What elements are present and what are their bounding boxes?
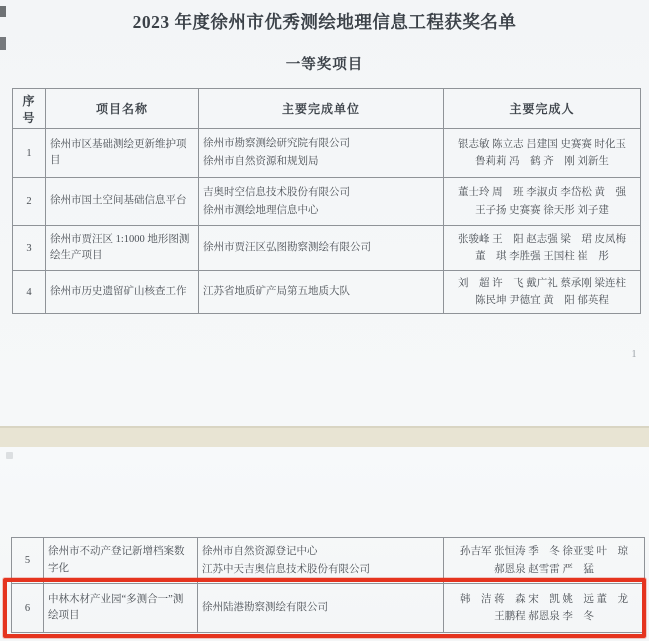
table-header-row: 序号 项目名称 主要完成单位 主要完成人 bbox=[13, 89, 641, 129]
people-line: 郝恩泉 赵雪雷 严 猛 bbox=[448, 561, 640, 578]
scan-artifact bbox=[0, 6, 6, 17]
row-no: 2 bbox=[13, 178, 46, 226]
scan-artifact bbox=[0, 37, 6, 50]
people-line: 王鹏程 郝恩泉 李 冬 bbox=[448, 608, 640, 625]
unit-line: 徐州市贾汪区弘图勘察测绘有限公司 bbox=[203, 239, 439, 257]
project-name: 徐州市区基础测绘更新维护项目 bbox=[46, 129, 199, 178]
row-no: 3 bbox=[13, 226, 46, 271]
people-line: 鲁莉莉 冯 鹤 齐 刚 刘新生 bbox=[448, 153, 636, 170]
unit-line: 徐州陆港勘察测绘有限公司 bbox=[202, 599, 439, 617]
people-line: 董 琪 李胜强 王国柱 崔 彤 bbox=[448, 248, 636, 265]
row-no: 4 bbox=[13, 271, 46, 314]
completing-units: 江苏省地质矿产局第五地质大队 bbox=[199, 271, 444, 314]
unit-line: 徐州市自然资源登记中心 bbox=[202, 543, 439, 561]
scanned-document: 2023 年度徐州市优秀测绘地理信息工程获奖名单 一等奖项目 序号 项目名称 主… bbox=[0, 0, 649, 641]
page-number: 1 bbox=[626, 349, 642, 360]
header-project: 项目名称 bbox=[46, 89, 199, 129]
row-no: 6 bbox=[12, 584, 44, 633]
completing-people: 董士玲 周 班 李淑贞 李岱松 黄 强 王子扬 史赛赛 徐天彤 刘子建 bbox=[444, 178, 641, 226]
people-line: 陈民坤 尹德宜 黄 阳 郁英程 bbox=[448, 292, 636, 309]
row-no: 5 bbox=[12, 538, 44, 584]
table-row: 3 徐州市贾汪区 1:1000 地形图测绘生产项目 徐州市贾汪区弘图勘察测绘有限… bbox=[13, 226, 641, 271]
header-no: 序号 bbox=[13, 89, 46, 129]
people-line: 张骏峰 王 阳 赵志强 梁 珺 皮凤梅 bbox=[448, 231, 636, 248]
unit-line: 江苏中天吉奥信息技术股份有限公司 bbox=[202, 561, 439, 579]
project-name: 徐州市国土空间基础信息平台 bbox=[46, 178, 199, 226]
row-no: 1 bbox=[13, 129, 46, 178]
project-name: 中林木材产业园“多测合一”测绘项目 bbox=[44, 584, 198, 633]
completing-people: 张骏峰 王 阳 赵志强 梁 珺 皮凤梅 董 琪 李胜强 王国柱 崔 彤 bbox=[444, 226, 641, 271]
table-row: 4 徐州市历史遗留矿山核查工作 江苏省地质矿产局第五地质大队 刘 超 许 飞 戴… bbox=[13, 271, 641, 314]
header-people: 主要完成人 bbox=[444, 89, 641, 129]
completing-units: 徐州市自然资源登记中心 江苏中天吉奥信息技术股份有限公司 bbox=[198, 538, 444, 584]
completing-people: 孙吉军 张恒涛 季 冬 徐亚雯 叶 琼 郝恩泉 赵雪雷 严 猛 bbox=[444, 538, 645, 584]
completing-units: 徐州陆港勘察测绘有限公司 bbox=[198, 584, 444, 633]
people-line: 韩 洁 蒋 森 宋 凯 姚 远 董 龙 bbox=[448, 591, 640, 608]
table-row: 2 徐州市国土空间基础信息平台 吉奥时空信息技术股份有限公司 徐州市测绘地理信息… bbox=[13, 178, 641, 226]
completing-units: 徐州市勘察测绘研究院有限公司 徐州市自然资源和规划局 bbox=[199, 129, 444, 178]
awards-table-page1: 序号 项目名称 主要完成单位 主要完成人 1 徐州市区基础测绘更新维护项目 徐州… bbox=[12, 88, 641, 314]
people-line: 刘 超 许 飞 戴广礼 蔡承刚 梁连柱 bbox=[448, 275, 636, 292]
unit-line: 吉奥时空信息技术股份有限公司 bbox=[203, 184, 439, 202]
unit-line: 徐州市勘察测绘研究院有限公司 bbox=[203, 135, 439, 153]
unit-line: 徐州市自然资源和规划局 bbox=[203, 153, 439, 171]
people-line: 孙吉军 张恒涛 季 冬 徐亚雯 叶 琼 bbox=[448, 543, 640, 560]
header-units: 主要完成单位 bbox=[199, 89, 444, 129]
project-name: 徐州市贾汪区 1:1000 地形图测绘生产项目 bbox=[46, 226, 199, 271]
completing-people: 刘 超 许 飞 戴广礼 蔡承刚 梁连柱 陈民坤 尹德宜 黄 阳 郁英程 bbox=[444, 271, 641, 314]
project-name: 徐州市不动产登记新增档案数字化 bbox=[44, 538, 198, 584]
completing-people: 韩 洁 蒋 森 宋 凯 姚 远 董 龙 王鹏程 郝恩泉 李 冬 bbox=[444, 584, 645, 633]
section-subtitle: 一等奖项目 bbox=[0, 53, 649, 74]
document-title: 2023 年度徐州市优秀测绘地理信息工程获奖名单 bbox=[0, 9, 649, 34]
table-row: 5 徐州市不动产登记新增档案数字化 徐州市自然资源登记中心 江苏中天吉奥信息技术… bbox=[12, 538, 645, 584]
people-line: 董士玲 周 班 李淑贞 李岱松 黄 强 bbox=[448, 184, 636, 201]
project-name: 徐州市历史遗留矿山核查工作 bbox=[46, 271, 199, 314]
completing-units: 吉奥时空信息技术股份有限公司 徐州市测绘地理信息中心 bbox=[199, 178, 444, 226]
completing-people: 银志敏 陈立志 吕建国 史赛赛 时化玉 鲁莉莉 冯 鹤 齐 刚 刘新生 bbox=[444, 129, 641, 178]
people-line: 银志敏 陈立志 吕建国 史赛赛 时化玉 bbox=[448, 136, 636, 153]
awards-table-page2: 5 徐州市不动产登记新增档案数字化 徐州市自然资源登记中心 江苏中天吉奥信息技术… bbox=[11, 537, 645, 633]
scan-artifact bbox=[6, 452, 13, 459]
people-line: 王子扬 史赛赛 徐天彤 刘子建 bbox=[448, 202, 636, 219]
unit-line: 徐州市测绘地理信息中心 bbox=[203, 202, 439, 220]
table-row-highlighted: 6 中林木材产业园“多测合一”测绘项目 徐州陆港勘察测绘有限公司 韩 洁 蒋 森… bbox=[12, 584, 645, 633]
table-row: 1 徐州市区基础测绘更新维护项目 徐州市勘察测绘研究院有限公司 徐州市自然资源和… bbox=[13, 129, 641, 178]
unit-line: 江苏省地质矿产局第五地质大队 bbox=[203, 283, 439, 301]
completing-units: 徐州市贾汪区弘图勘察测绘有限公司 bbox=[199, 226, 444, 271]
